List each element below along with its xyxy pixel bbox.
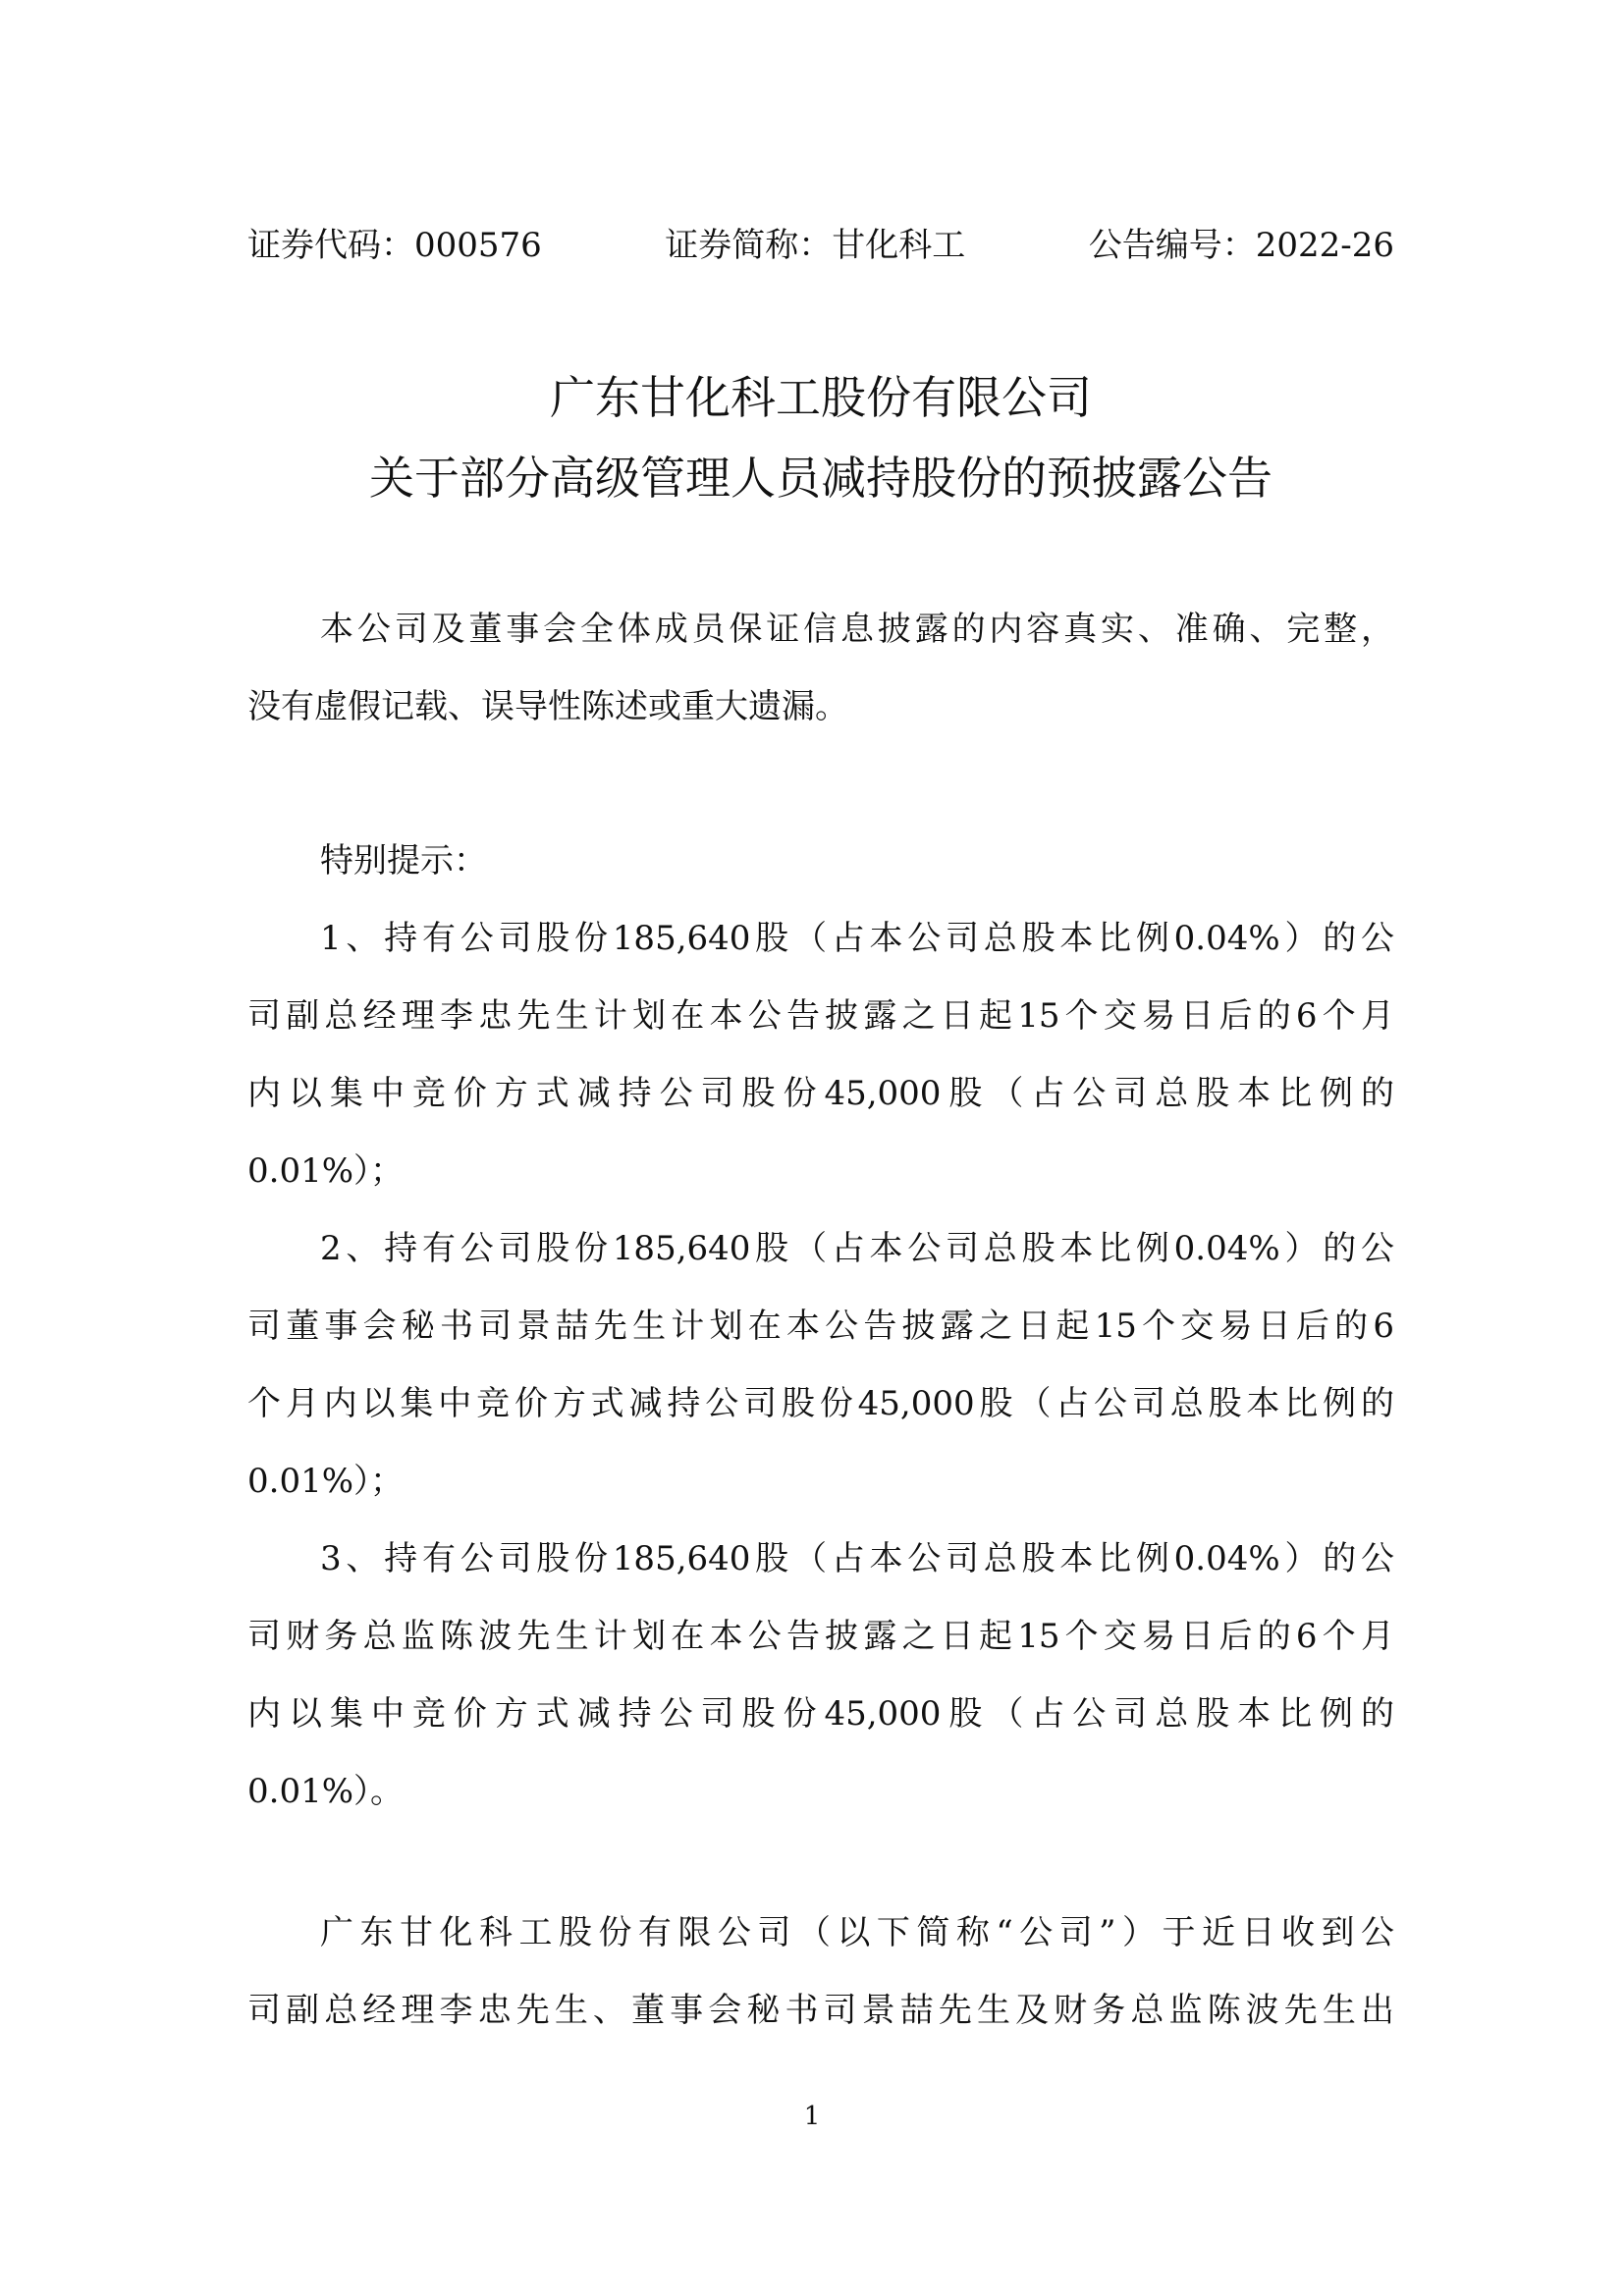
notice-line: 内以集中竞价方式减持公司股份45,000股（占公司总股本比例的 (247, 1055, 1394, 1133)
page-number: 1 (0, 2101, 1624, 2132)
announcement-number: 公告编号：2022-26 (1089, 224, 1394, 267)
document-page: 证券代码：000576 证券简称：甘化科工 公告编号：2022-26 广东甘化科… (0, 0, 1624, 2296)
security-code: 证券代码：000576 (247, 224, 542, 267)
body-paragraph: 广东甘化科工股份有限公司（以下简称“公司”）于近日收到公 司副总经理李忠先生、董… (247, 1895, 1394, 2050)
notice-item-1: 1、持有公司股份185,640股（占本公司总股本比例0.04%）的公 司副总经理… (247, 900, 1394, 1210)
statement-line: 本公司及董事会全体成员保证信息披露的内容真实、准确、完整， (247, 591, 1394, 668)
notice-line: 1、持有公司股份185,640股（占本公司总股本比例0.04%）的公 (247, 900, 1394, 978)
notice-line: 内以集中竞价方式减持公司股份45,000股（占公司总股本比例的 (247, 1676, 1394, 1753)
board-statement: 本公司及董事会全体成员保证信息披露的内容真实、准确、完整， 没有虚假记载、误导性… (247, 591, 1394, 746)
notice-item-3: 3、持有公司股份185,640股（占本公司总股本比例0.04%）的公 司财务总监… (247, 1521, 1394, 1831)
notice-item-2: 2、持有公司股份185,640股（占本公司总股本比例0.04%）的公 司董事会秘… (247, 1210, 1394, 1521)
notice-line: 个月内以集中竞价方式减持公司股份45,000股（占公司总股本比例的 (247, 1365, 1394, 1443)
document-title-subject: 关于部分高级管理人员减持股份的预披露公告 (247, 450, 1394, 507)
announcement-header: 证券代码：000576 证券简称：甘化科工 公告编号：2022-26 (247, 224, 1394, 267)
notice-line: 0.01%）； (247, 1443, 1394, 1521)
body-line: 司副总经理李忠先生、董事会秘书司景喆先生及财务总监陈波先生出 (247, 1972, 1394, 2050)
notice-line: 2、持有公司股份185,640股（占本公司总股本比例0.04%）的公 (247, 1210, 1394, 1288)
notice-line: 司董事会秘书司景喆先生计划在本公告披露之日起15个交易日后的6 (247, 1288, 1394, 1365)
body-line: 广东甘化科工股份有限公司（以下简称“公司”）于近日收到公 (247, 1895, 1394, 1972)
notice-line: 司副总经理李忠先生计划在本公告披露之日起15个交易日后的6个月 (247, 978, 1394, 1055)
security-abbreviation: 证券简称：甘化科工 (665, 224, 965, 267)
notice-line: 0.01%）。 (247, 1753, 1394, 1831)
special-notice-heading: 特别提示： (247, 823, 1394, 900)
notice-line: 司财务总监陈波先生计划在本公告披露之日起15个交易日后的6个月 (247, 1598, 1394, 1676)
notice-line: 0.01%）； (247, 1133, 1394, 1210)
statement-line: 没有虚假记载、误导性陈述或重大遗漏。 (247, 668, 1394, 746)
notice-line: 3、持有公司股份185,640股（占本公司总股本比例0.04%）的公 (247, 1521, 1394, 1598)
document-title-company: 广东甘化科工股份有限公司 (247, 369, 1394, 426)
special-notice: 特别提示： (247, 823, 1394, 900)
